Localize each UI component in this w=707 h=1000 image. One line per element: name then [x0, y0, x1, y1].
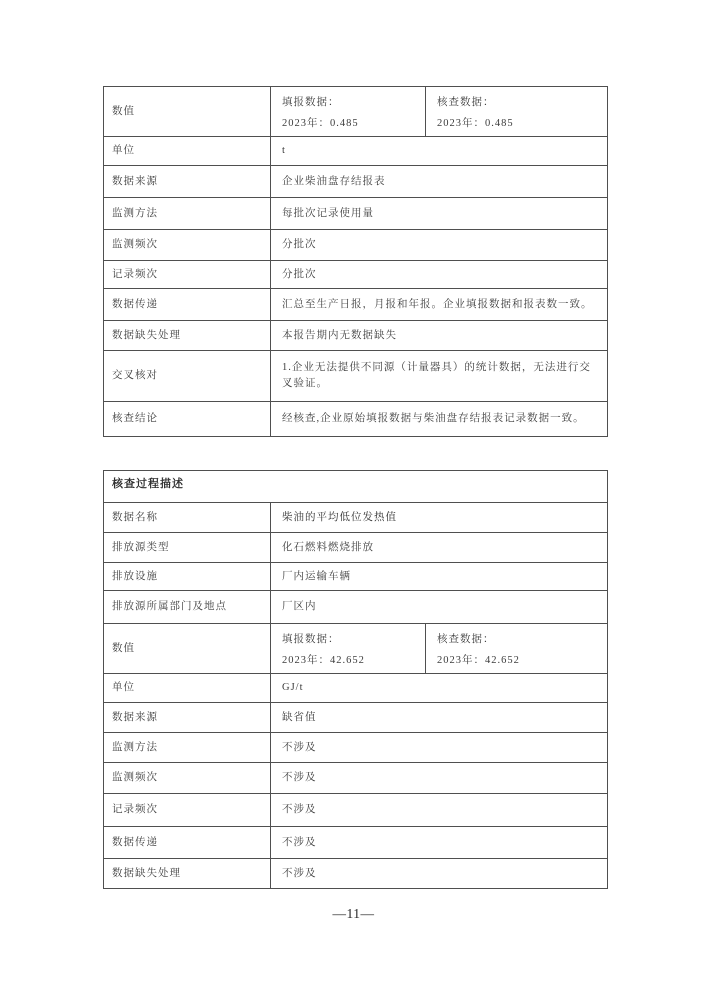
table-row: 单位 GJ/t	[104, 674, 608, 703]
verified-data-title: 核查数据：	[437, 629, 599, 650]
reported-data-cell: 填报数据： 2023年：42.652	[271, 624, 426, 674]
table-row: 排放设施 厂内运输车辆	[104, 563, 608, 591]
verified-data-value: 2023年：0.485	[437, 113, 599, 134]
row-label: 记录频次	[104, 261, 271, 289]
reported-data-title: 填报数据：	[282, 629, 417, 650]
table-row: 数据缺失处理 不涉及	[104, 859, 608, 889]
row-label: 数值	[104, 624, 271, 674]
row-value: 汇总至生产日报，月报和年报。企业填报数据和报表数一致。	[271, 289, 608, 321]
row-value: 化石燃料燃烧排放	[271, 533, 608, 563]
row-value: 不涉及	[271, 827, 608, 859]
table-row: 数据传递 汇总至生产日报，月报和年报。企业填报数据和报表数一致。	[104, 289, 608, 321]
table-row: 数据来源 缺省值	[104, 703, 608, 733]
row-value: 缺省值	[271, 703, 608, 733]
row-value: 1.企业无法提供不同源（计量器具）的统计数据，无法进行交叉验证。	[271, 351, 608, 402]
reported-data-value: 2023年：42.652	[282, 650, 417, 671]
page-number: —11—	[0, 906, 707, 922]
row-label: 排放源所属部门及地点	[104, 591, 271, 624]
reported-data-cell: 填报数据： 2023年：0.485	[271, 87, 426, 137]
table-row: 排放源类型 化石燃料燃烧排放	[104, 533, 608, 563]
row-label: 监测频次	[104, 763, 271, 794]
row-label: 监测方法	[104, 198, 271, 230]
row-label: 核查结论	[104, 402, 271, 437]
row-label: 单位	[104, 137, 271, 166]
table-row: 交叉核对 1.企业无法提供不同源（计量器具）的统计数据，无法进行交叉验证。	[104, 351, 608, 402]
reported-data-title: 填报数据：	[282, 92, 417, 113]
table-row: 排放源所属部门及地点 厂区内	[104, 591, 608, 624]
row-label: 数据缺失处理	[104, 321, 271, 351]
row-label: 单位	[104, 674, 271, 703]
table-row: 监测方法 每批次记录使用量	[104, 198, 608, 230]
row-value: 不涉及	[271, 859, 608, 889]
row-label: 数据来源	[104, 703, 271, 733]
table-row: 记录频次 分批次	[104, 261, 608, 289]
row-label: 监测方法	[104, 733, 271, 763]
table-row: 记录频次 不涉及	[104, 794, 608, 827]
verified-data-cell: 核查数据： 2023年：42.652	[426, 624, 608, 674]
row-label: 数据传递	[104, 289, 271, 321]
table-row: 数据名称 柴油的平均低位发热值	[104, 503, 608, 533]
row-value: t	[271, 137, 608, 166]
row-label: 记录频次	[104, 794, 271, 827]
document-page: 数值 填报数据： 2023年：0.485 核查数据： 2023年：0.485 单…	[0, 0, 707, 1000]
row-label: 交叉核对	[104, 351, 271, 402]
row-value: 不涉及	[271, 763, 608, 794]
section-header-title: 核查过程描述	[104, 471, 608, 503]
table-row: 监测频次 分批次	[104, 230, 608, 261]
row-value: 厂内运输车辆	[271, 563, 608, 591]
verified-data-value: 2023年：42.652	[437, 650, 599, 671]
row-value: 本报告期内无数据缺失	[271, 321, 608, 351]
row-value: 不涉及	[271, 733, 608, 763]
table-row: 数据传递 不涉及	[104, 827, 608, 859]
row-label: 数据缺失处理	[104, 859, 271, 889]
data-name-value: 柴油的平均低位发热值	[271, 503, 608, 533]
row-value: 不涉及	[271, 794, 608, 827]
table-row: 数值 填报数据： 2023年：0.485 核查数据： 2023年：0.485	[104, 87, 608, 137]
row-label: 数据来源	[104, 166, 271, 198]
row-value: 厂区内	[271, 591, 608, 624]
row-value: 分批次	[271, 230, 608, 261]
row-label: 数值	[104, 87, 271, 137]
row-label: 排放设施	[104, 563, 271, 591]
table-row: 数据缺失处理 本报告期内无数据缺失	[104, 321, 608, 351]
row-value: 分批次	[271, 261, 608, 289]
row-value: 经核查,企业原始填报数据与柴油盘存结报表记录数据一致。	[271, 402, 608, 437]
table-row: 数值 填报数据： 2023年：42.652 核查数据： 2023年：42.652	[104, 624, 608, 674]
row-label: 监测频次	[104, 230, 271, 261]
row-label: 排放源类型	[104, 533, 271, 563]
verified-data-title: 核查数据：	[437, 92, 599, 113]
row-value: GJ/t	[271, 674, 608, 703]
reported-data-value: 2023年：0.485	[282, 113, 417, 134]
table-row: 监测频次 不涉及	[104, 763, 608, 794]
table-row: 核查结论 经核查,企业原始填报数据与柴油盘存结报表记录数据一致。	[104, 402, 608, 437]
row-label: 数据传递	[104, 827, 271, 859]
verified-data-cell: 核查数据： 2023年：0.485	[426, 87, 608, 137]
verification-data-table-2: 核查过程描述 数据名称 柴油的平均低位发热值 排放源类型 化石燃料燃烧排放 排放…	[103, 470, 608, 889]
table-row: 监测方法 不涉及	[104, 733, 608, 763]
table-row: 单位 t	[104, 137, 608, 166]
verification-data-table-1: 数值 填报数据： 2023年：0.485 核查数据： 2023年：0.485 单…	[103, 86, 608, 437]
section-header-row: 核查过程描述	[104, 471, 608, 503]
table-row: 数据来源 企业柴油盘存结报表	[104, 166, 608, 198]
row-value: 每批次记录使用量	[271, 198, 608, 230]
row-value: 企业柴油盘存结报表	[271, 166, 608, 198]
row-label: 数据名称	[104, 503, 271, 533]
